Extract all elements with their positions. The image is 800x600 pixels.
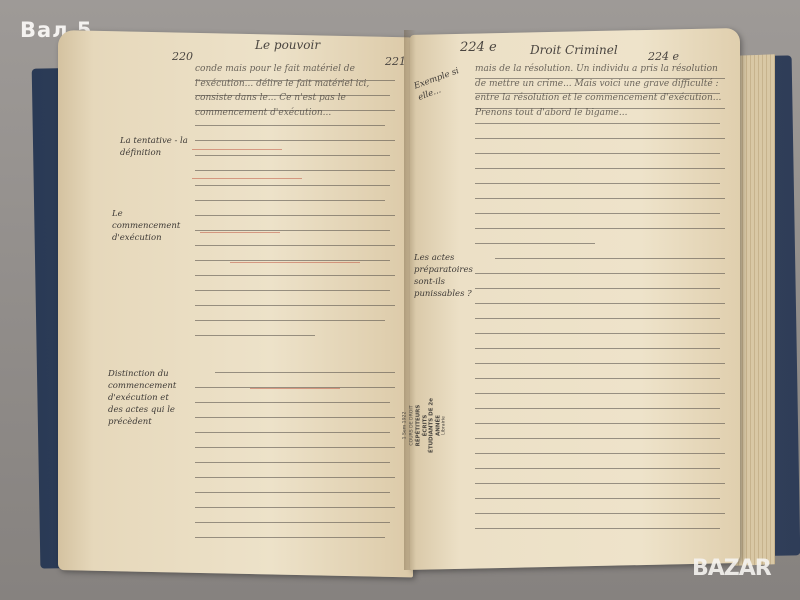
margin-note-tentative: La tentative - la définition (120, 135, 190, 159)
margin-note-distinction: Distinction du commencement d'exécution … (108, 368, 176, 428)
right-page-number: 224 e (460, 40, 497, 55)
stamp-line: RÉPÉTITEURS ÉCRITS (416, 396, 429, 456)
bazar-logo-watermark: BAZAR (692, 556, 771, 581)
stamp-line: ÉTUDIANTS DE 2e ANNÉE (429, 396, 442, 456)
right-page-body: mais de la résolution. Un individu a pri… (475, 62, 730, 552)
book-gutter (404, 30, 416, 570)
stamp-line: Librairie (442, 396, 449, 456)
margin-note-actes-preparatoires: Les actes préparatoires sont-ils punissa… (414, 252, 474, 300)
left-page-number: 220 (172, 50, 193, 63)
left-page-title: Le pouvoir (255, 38, 320, 52)
left-page-body: conde mais pour le fait matériel de l'ex… (195, 62, 400, 552)
right-page-title: Droit Criminel (530, 43, 618, 57)
page-edges (735, 54, 775, 565)
publisher-stamp: 1 Sem 1922 COURS DE DROIT RÉPÉTITEURS ÉC… (403, 396, 498, 456)
margin-note-commencement: Le commencement d'exécution (112, 208, 192, 244)
